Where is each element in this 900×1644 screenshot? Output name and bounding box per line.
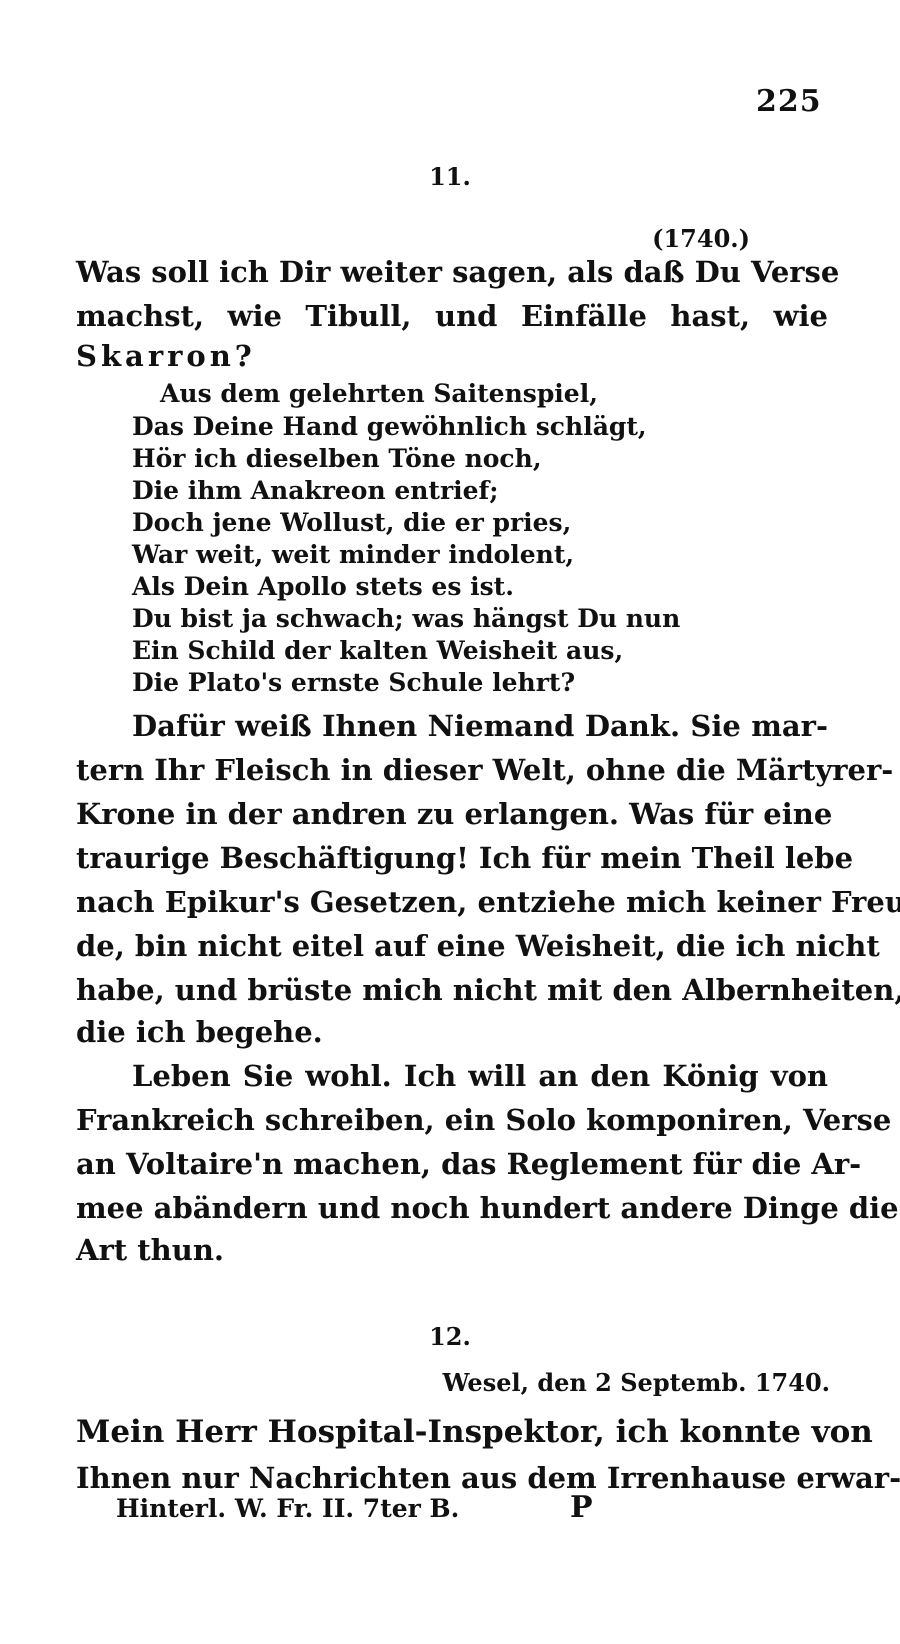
letter-11-prose-line: nach Epikur's Gesetzen, entziehe mich ke…	[76, 880, 828, 924]
letter-11-prose-line: tern Ihr Fleisch in dieser Welt, ohne di…	[76, 748, 828, 792]
letter-11-number: 11.	[0, 162, 900, 191]
verse-line: Das Deine Hand gewöhnlich schlägt,	[132, 411, 647, 442]
footer-signature: Hinterl. W. Fr. II. 7ter B.	[116, 1494, 459, 1523]
letter-11-prose-line: Was soll ich Dir weiter sagen, als daß D…	[76, 250, 828, 294]
page-number: 225	[756, 84, 822, 119]
letter-11-prose-line: Frankreich schreiben, ein Solo komponire…	[76, 1098, 828, 1142]
letter-11-prose-line: Leben Sie wohl. Ich will an den König vo…	[132, 1054, 828, 1098]
letter-11-date: (1740.)	[600, 224, 750, 253]
letter-11-prose-line: Dafür weiß Ihnen Niemand Dank. Sie mar-	[132, 704, 828, 748]
letter-11-prose-line: habe, und brüste mich nicht mit den Albe…	[76, 968, 828, 1012]
verse-line: Ein Schild der kalten Weisheit aus,	[132, 635, 623, 666]
letter-11-prose-line: de, bin nicht eitel auf eine Weisheit, d…	[76, 924, 828, 968]
letter-11-prose-line: mee abändern und noch hundert andere Din…	[76, 1186, 828, 1230]
letter-11-prose-line: die ich begehe.	[76, 1010, 323, 1054]
verse-line: Du bist ja schwach; was hängst Du nun	[132, 603, 680, 634]
verse-line: Doch jene Wollust, die er pries,	[132, 507, 571, 538]
verse-line: Die ihm Anakreon entrief;	[132, 475, 499, 506]
verse-line: Hör ich dieselben Töne noch,	[132, 443, 542, 474]
letter-12-prose-line: Mein Herr Hospital-Inspektor, ich konnte…	[76, 1410, 828, 1454]
letter-12-date: Wesel, den 2 Septemb. 1740.	[430, 1368, 830, 1397]
letter-11-prose-line: Skarron?	[76, 334, 256, 378]
letter-11-prose-line: Art thun.	[76, 1228, 224, 1272]
verse-line: Aus dem gelehrten Saitenspiel,	[160, 378, 598, 409]
letter-12-number: 12.	[0, 1322, 900, 1351]
verse-line: War weit, weit minder indolent,	[132, 539, 574, 570]
letter-11-prose-line: Krone in der andren zu erlangen. Was für…	[76, 792, 828, 836]
verse-line: Die Plato's ernste Schule lehrt?	[132, 667, 575, 698]
letter-11-prose-line: machst, wie Tibull, und Einfälle hast, w…	[76, 294, 828, 338]
verse-line: Als Dein Apollo stets es ist.	[132, 571, 514, 602]
sheet-mark: P	[570, 1490, 593, 1525]
letter-11-prose-line: an Voltaire'n machen, das Reglement für …	[76, 1142, 828, 1186]
letter-11-prose-line: traurige Beschäftigung! Ich für mein The…	[76, 836, 828, 880]
